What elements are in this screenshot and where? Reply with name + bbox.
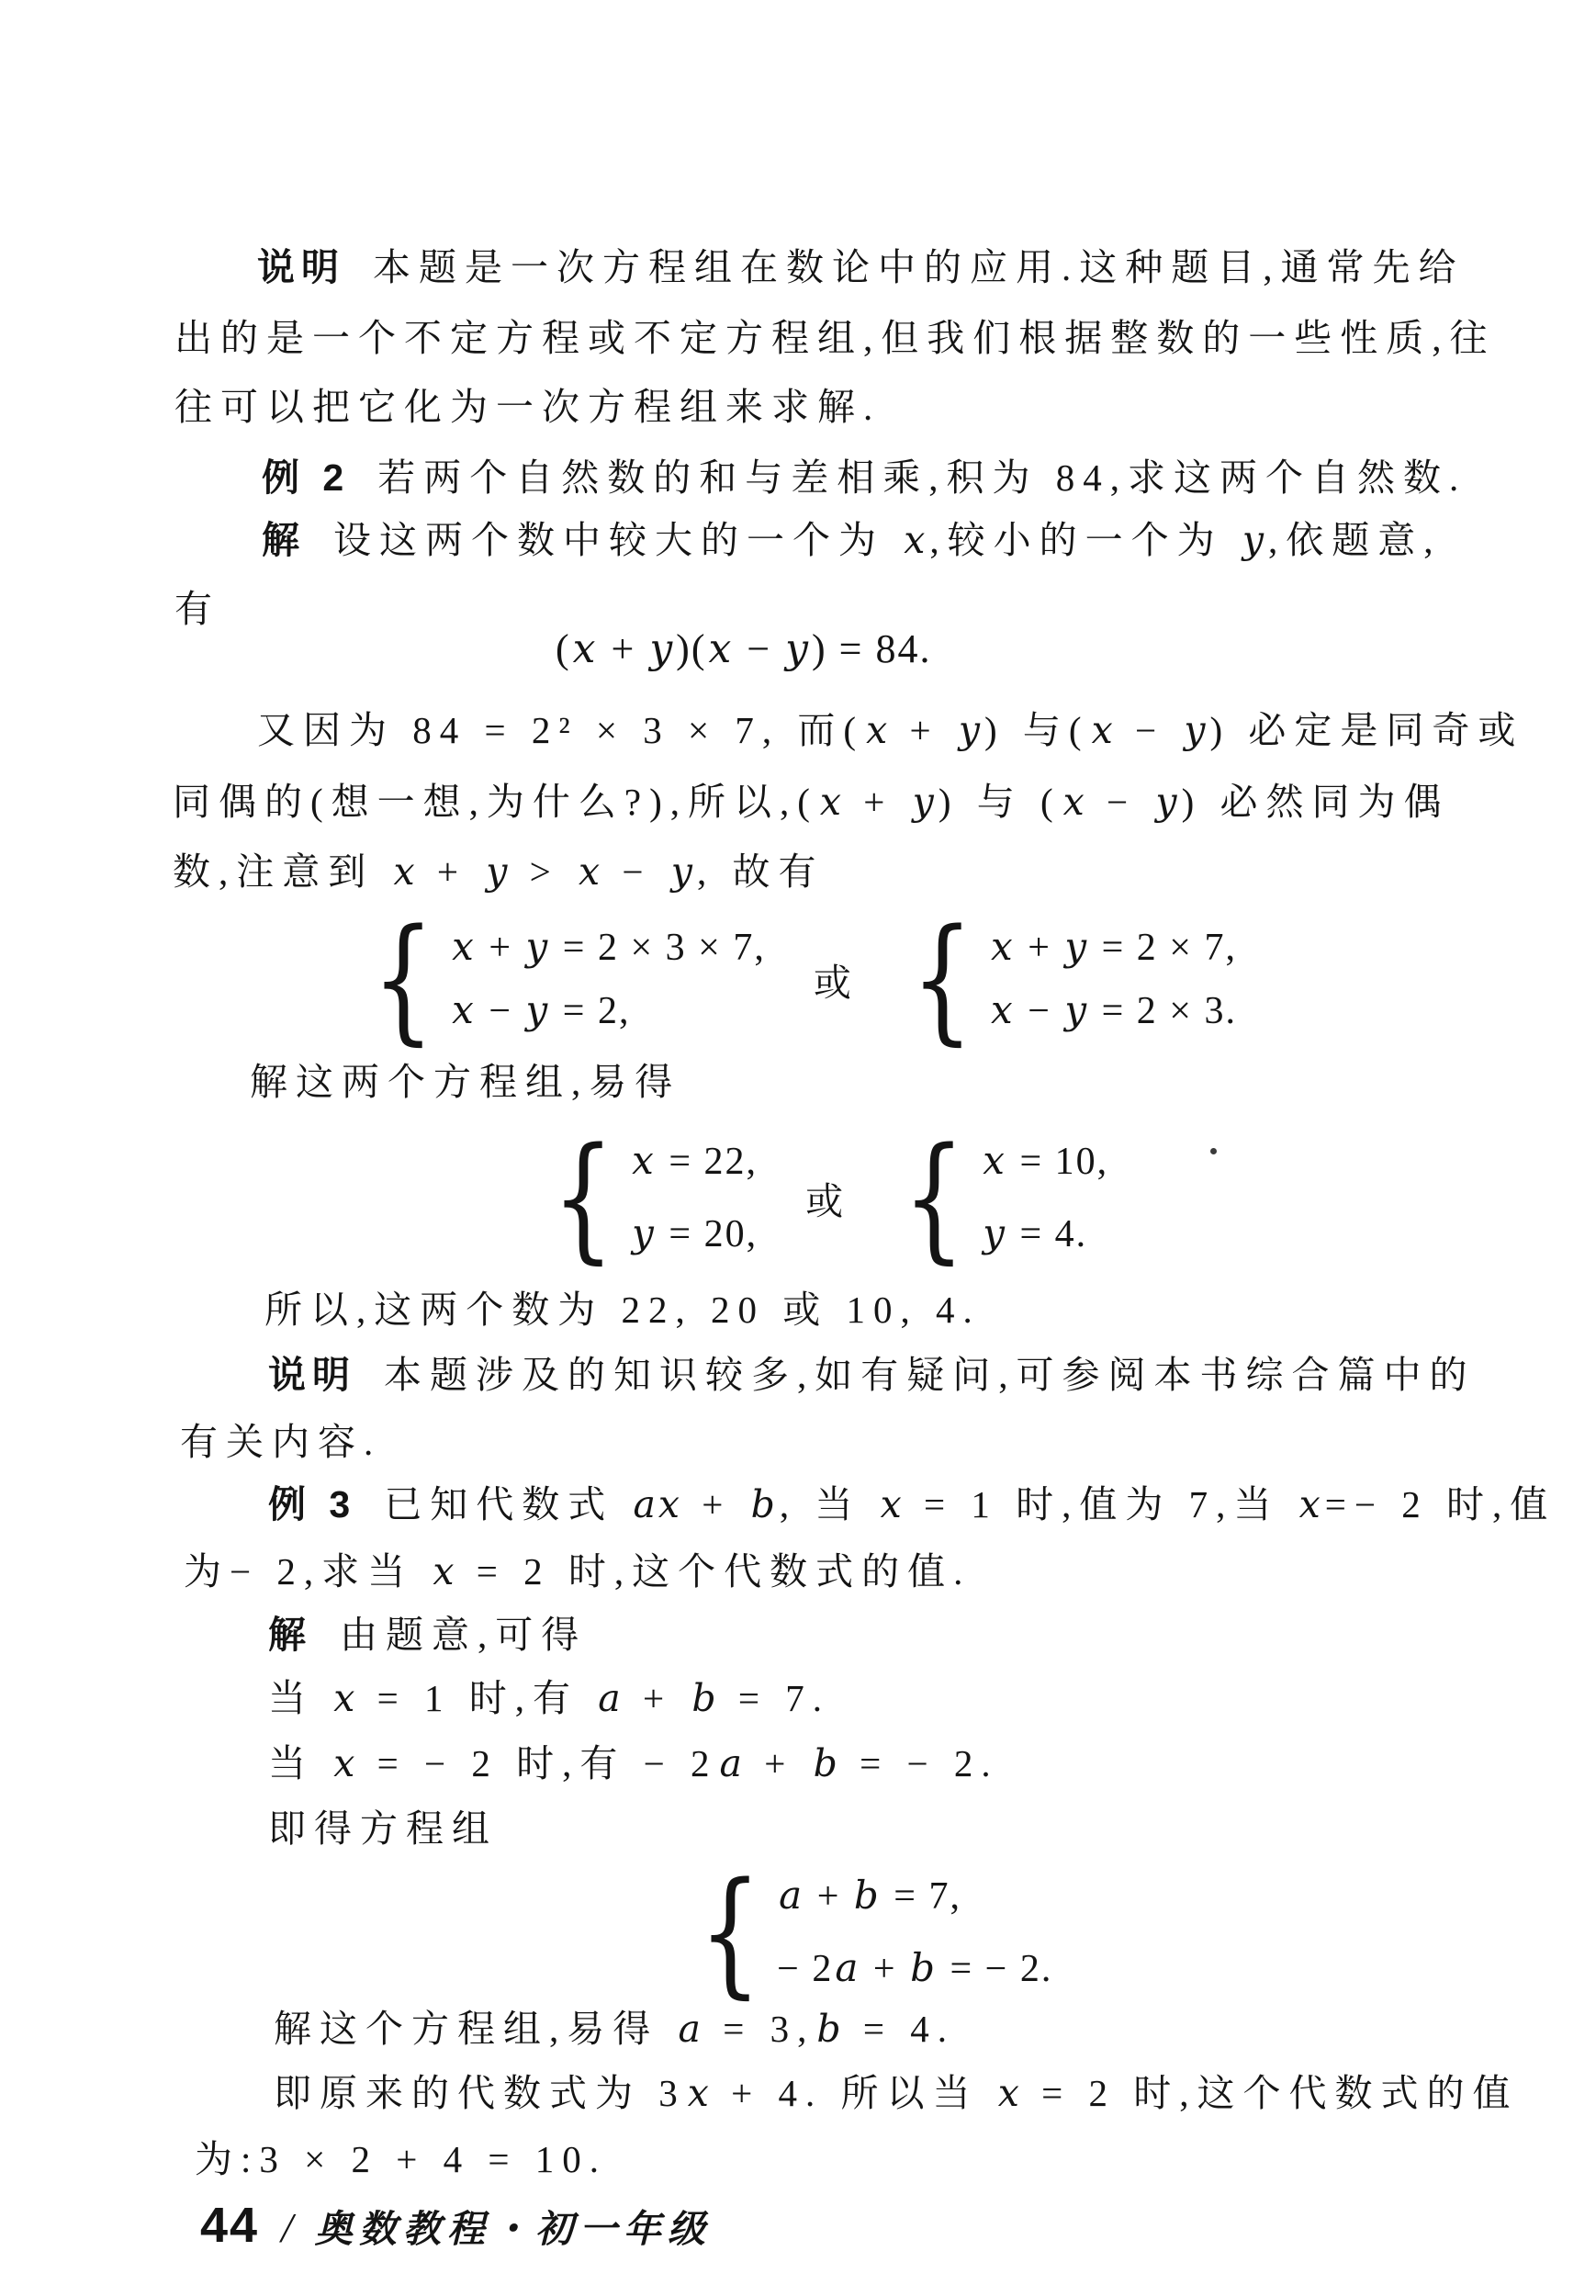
case-x-equals-minus2: 当 x = − 2 时,有 − 2a + b = − 2. [268, 1742, 999, 1785]
left-brace-icon: { [903, 1130, 965, 1266]
display-equation-product: (x + y)(x − y) = 84. [556, 626, 931, 673]
scanned-book-page: 说明本题是一次方程组在数论中的应用.这种题目,通常先给 出的是一个不定方程或不定… [0, 0, 1596, 2296]
or-conjunction: 或 [814, 952, 851, 1007]
remark1-line3: 往可以把它化为一次方程组来求解. [174, 386, 881, 429]
reasoning-line1: 又因为 84 = 2² × 3 × 7, 而(x + y) 与(x − y) 必… [257, 709, 1523, 752]
example2-solution-line2: 有 [174, 588, 220, 631]
left-brace-icon: { [372, 911, 434, 1047]
remark1-line2: 出的是一个不定方程或不定方程组,但我们根据整数的一些性质,往 [174, 317, 1496, 360]
system3-row1: a + b = 7, [777, 1874, 1052, 1918]
system2b-row1: x = 10, [981, 1140, 1108, 1183]
system1a-row1: x + y = 2 × 3 × 7, [450, 926, 766, 969]
system2b-row2: y = 4. [981, 1212, 1108, 1255]
remark2-line1: 说明本题涉及的知识较多,如有疑问,可参阅本书综合篇中的 [268, 1354, 1476, 1397]
reasoning-line2: 同偶的(想一想,为什么?),所以,(x + y) 与 (x − y) 必然同为偶 [173, 781, 1449, 824]
solve-systems-line: 解这两个方程组,易得 [250, 1061, 680, 1104]
reasoning-line3: 数,注意到 x + y > x − y, 故有 [173, 850, 824, 894]
equation-system-pair-1: { x + y = 2 × 3 × 7, x − y = 2, 或 { x + … [360, 911, 1237, 1047]
left-brace-icon: { [552, 1130, 614, 1266]
remark1-line1: 说明本题是一次方程组在数论中的应用.这种题目,通常先给 [257, 246, 1465, 289]
footer-separator: / [281, 2203, 293, 2252]
equation-system-3: { a + b = 7, − 2a + b = − 2. [687, 1864, 1052, 2000]
book-title: 奥数教程・初一年级 [315, 2199, 712, 2253]
solve-system3-line: 解这个方程组,易得 a = 3,b = 4. [274, 2008, 955, 2051]
equation-system-pair-2: { x = 22, y = 20, 或 { x = 10, y = 4. [540, 1130, 1108, 1266]
page-footer: 44 / 奥数教程・初一年级 [200, 2197, 712, 2254]
example3-solution-start: 解由题意,可得 [268, 1614, 587, 1657]
case-x-equals-1: 当 x = 1 时,有 a + b = 7. [268, 1677, 830, 1720]
final-value-line: 为:3 × 2 + 4 = 10. [195, 2138, 607, 2181]
example2-problem: 例 2若两个自然数的和与差相乘,积为 84,求这两个自然数. [262, 456, 1467, 500]
example2-solution-line1: 解设这两个数中较大的一个为 x,较小的一个为 y,依题意, [262, 519, 1442, 562]
system2a-row2: y = 20, [630, 1212, 758, 1255]
page-number: 44 [200, 2197, 259, 2254]
example3-problem-line1: 例 3已知代数式 ax + b, 当 x = 1 时,值为 7,当 x=− 2 … [268, 1483, 1556, 1526]
scan-speck [1210, 1148, 1217, 1154]
system1b-row2: x − y = 2 × 3. [989, 989, 1237, 1032]
system1a-row2: x − y = 2, [450, 989, 766, 1032]
system3-row2: − 2a + b = − 2. [777, 1947, 1052, 1990]
or-conjunction: 或 [805, 1171, 843, 1225]
final-expression-line: 即原来的代数式为 3x + 4. 所以当 x = 2 时,这个代数式的值 [274, 2072, 1519, 2115]
left-brace-icon: { [911, 911, 973, 1047]
left-brace-icon: { [699, 1864, 761, 2000]
obtain-system-line: 即得方程组 [268, 1807, 498, 1851]
system1b-row1: x + y = 2 × 7, [989, 926, 1237, 969]
remark2-line2: 有关内容. [180, 1421, 381, 1464]
example3-problem-line2: 为− 2,求当 x = 2 时,这个代数式的值. [184, 1550, 971, 1593]
system2a-row1: x = 22, [630, 1140, 758, 1183]
conclusion-line: 所以,这两个数为 22, 20 或 10, 4. [264, 1289, 981, 1332]
